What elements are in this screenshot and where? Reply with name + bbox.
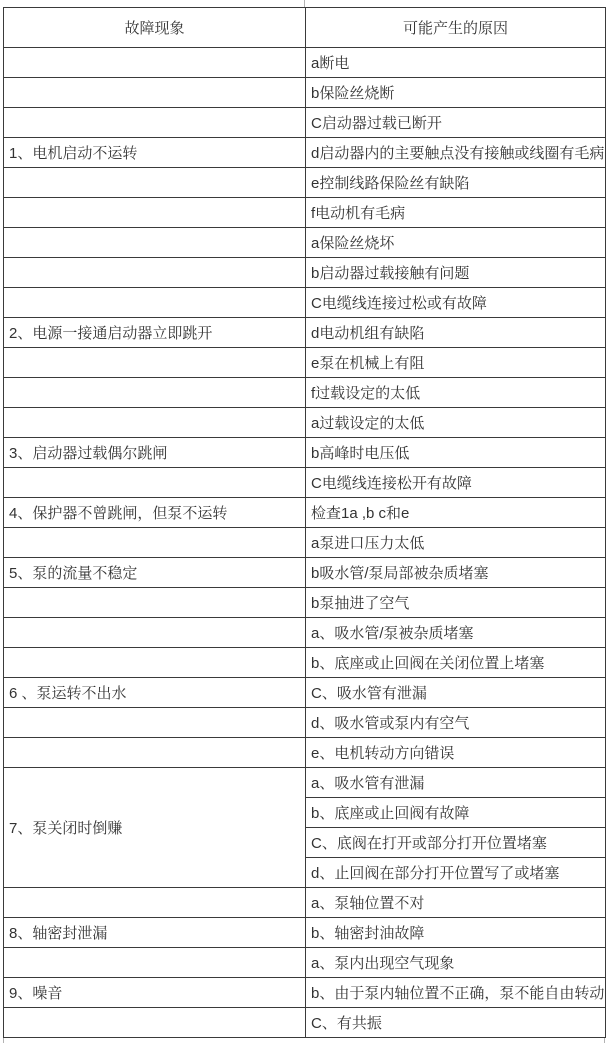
phenomenon-cell-empty	[4, 1008, 306, 1038]
phenomenon-cell: 4、保护器不曾跳闸，但泵不运转	[4, 498, 306, 528]
table-row: f过载设定的太低	[4, 378, 606, 408]
table-row: e泵在机械上有阻	[4, 348, 606, 378]
cause-cell: C、吸水管有泄漏	[306, 678, 606, 708]
cause-cell: e泵在机械上有阻	[306, 348, 606, 378]
cause-cell: a、泵轴位置不对	[306, 888, 606, 918]
table-row: C、有共振	[4, 1008, 606, 1038]
table-row: 5、泵的流量不稳定b吸水管/泵局部被杂质堵塞	[4, 558, 606, 588]
phenomenon-cell-empty	[4, 408, 306, 438]
phenomenon-cell: 3、启动器过载偶尔跳闸	[4, 438, 306, 468]
table-continuation-tick-bottom-right	[604, 1038, 605, 1043]
table-row: C启动器过载已断开	[4, 108, 606, 138]
phenomenon-cell-empty	[4, 108, 306, 138]
table-body: a断电b保险丝烧断C启动器过载已断开1、电机启动不运转d启动器内的主要触点没有接…	[4, 48, 606, 1038]
phenomenon-cell: 5、泵的流量不稳定	[4, 558, 306, 588]
phenomenon-cell-empty	[4, 378, 306, 408]
cause-cell: C、有共振	[306, 1008, 606, 1038]
table-row: 2、电源一接通启动器立即跳开d电动机组有缺陷	[4, 318, 606, 348]
table-row: 1、电机启动不运转d启动器内的主要触点没有接触或线圈有毛病	[4, 138, 606, 168]
phenomenon-cell: 6 、泵运转不出水	[4, 678, 306, 708]
phenomenon-cell-empty	[4, 948, 306, 978]
table-row: 9、噪音b、由于泵内轴位置不正确，泵不能自由转动	[4, 978, 606, 1008]
table-row: e、电机转动方向错误	[4, 738, 606, 768]
table-row: a断电	[4, 48, 606, 78]
cause-cell: d启动器内的主要触点没有接触或线圈有毛病	[306, 138, 606, 168]
table-row: f电动机有毛病	[4, 198, 606, 228]
table-row: a、吸水管/泵被杂质堵塞	[4, 618, 606, 648]
table-continuation-tick-bottom-left	[3, 1038, 4, 1043]
header-col-phenomenon: 故障现象	[4, 8, 306, 48]
cause-cell: b、底座或止回阀在关闭位置上堵塞	[306, 648, 606, 678]
cause-cell: C电缆线连接松开有故障	[306, 468, 606, 498]
table-row: 4、保护器不曾跳闸，但泵不运转检查1a ,b c和e	[4, 498, 606, 528]
table-row: 8、轴密封泄漏b、轴密封油故障	[4, 918, 606, 948]
phenomenon-cell: 9、噪音	[4, 978, 306, 1008]
phenomenon-cell-empty	[4, 648, 306, 678]
cause-cell: b吸水管/泵局部被杂质堵塞	[306, 558, 606, 588]
cause-cell: d、吸水管或泵内有空气	[306, 708, 606, 738]
table-row: e控制线路保险丝有缺陷	[4, 168, 606, 198]
table-row: a过载设定的太低	[4, 408, 606, 438]
cause-cell: 检查1a ,b c和e	[306, 498, 606, 528]
table-row: a泵进口压力太低	[4, 528, 606, 558]
cause-cell: b保险丝烧断	[306, 78, 606, 108]
cause-cell: d电动机组有缺陷	[306, 318, 606, 348]
table-continuation-tick-top	[304, 0, 305, 7]
phenomenon-cell-empty	[4, 708, 306, 738]
table-row: 7、泵关闭时倒赚a、吸水管有泄漏	[4, 768, 606, 798]
cause-cell: b泵抽进了空气	[306, 588, 606, 618]
phenomenon-cell-empty	[4, 888, 306, 918]
table-row: C电缆线连接松开有故障	[4, 468, 606, 498]
phenomenon-cell-empty	[4, 78, 306, 108]
fault-table: 故障现象 可能产生的原因 a断电b保险丝烧断C启动器过载已断开1、电机启动不运转…	[3, 7, 606, 1038]
phenomenon-cell-empty	[4, 168, 306, 198]
cause-cell: a、泵内出现空气现象	[306, 948, 606, 978]
phenomenon-cell-empty	[4, 588, 306, 618]
table-row: b保险丝烧断	[4, 78, 606, 108]
cause-cell: a、吸水管有泄漏	[306, 768, 606, 798]
table-row: b、底座或止回阀在关闭位置上堵塞	[4, 648, 606, 678]
table-row: d、吸水管或泵内有空气	[4, 708, 606, 738]
phenomenon-cell-empty	[4, 258, 306, 288]
phenomenon-cell: 2、电源一接通启动器立即跳开	[4, 318, 306, 348]
header-row: 故障现象 可能产生的原因	[4, 8, 606, 48]
cause-cell: C电缆线连接过松或有故障	[306, 288, 606, 318]
phenomenon-cell-empty	[4, 528, 306, 558]
table-row: a保险丝烧坏	[4, 228, 606, 258]
cause-cell: e、电机转动方向错误	[306, 738, 606, 768]
phenomenon-cell-empty	[4, 348, 306, 378]
cause-cell: e控制线路保险丝有缺陷	[306, 168, 606, 198]
cause-cell: d、止回阀在部分打开位置写了或堵塞	[306, 858, 606, 888]
table-row: a、泵轴位置不对	[4, 888, 606, 918]
phenomenon-cell-empty	[4, 48, 306, 78]
cause-cell: a过载设定的太低	[306, 408, 606, 438]
cause-cell: a、吸水管/泵被杂质堵塞	[306, 618, 606, 648]
cause-cell: C、底阀在打开或部分打开位置堵塞	[306, 828, 606, 858]
phenomenon-cell-empty	[4, 468, 306, 498]
phenomenon-cell: 7、泵关闭时倒赚	[4, 768, 306, 888]
cause-cell: b启动器过载接触有问题	[306, 258, 606, 288]
table-row: b泵抽进了空气	[4, 588, 606, 618]
phenomenon-cell: 8、轴密封泄漏	[4, 918, 306, 948]
phenomenon-cell-empty	[4, 738, 306, 768]
table-row: a、泵内出现空气现象	[4, 948, 606, 978]
phenomenon-cell-empty	[4, 618, 306, 648]
cause-cell: a保险丝烧坏	[306, 228, 606, 258]
cause-cell: b高峰时电压低	[306, 438, 606, 468]
table-row: C电缆线连接过松或有故障	[4, 288, 606, 318]
table-row: b启动器过载接触有问题	[4, 258, 606, 288]
header-col-cause: 可能产生的原因	[306, 8, 606, 48]
phenomenon-cell-empty	[4, 228, 306, 258]
cause-cell: a断电	[306, 48, 606, 78]
cause-cell: C启动器过载已断开	[306, 108, 606, 138]
table-header: 故障现象 可能产生的原因	[4, 8, 606, 48]
phenomenon-cell-empty	[4, 198, 306, 228]
cause-cell: b、轴密封油故障	[306, 918, 606, 948]
table-row: 6 、泵运转不出水C、吸水管有泄漏	[4, 678, 606, 708]
cause-cell: f过载设定的太低	[306, 378, 606, 408]
cause-cell: a泵进口压力太低	[306, 528, 606, 558]
cause-cell: f电动机有毛病	[306, 198, 606, 228]
phenomenon-cell-empty	[4, 288, 306, 318]
table-row: 3、启动器过载偶尔跳闸b高峰时电压低	[4, 438, 606, 468]
cause-cell: b、底座或止回阀有故障	[306, 798, 606, 828]
cause-cell: b、由于泵内轴位置不正确，泵不能自由转动	[306, 978, 606, 1008]
phenomenon-cell: 1、电机启动不运转	[4, 138, 306, 168]
